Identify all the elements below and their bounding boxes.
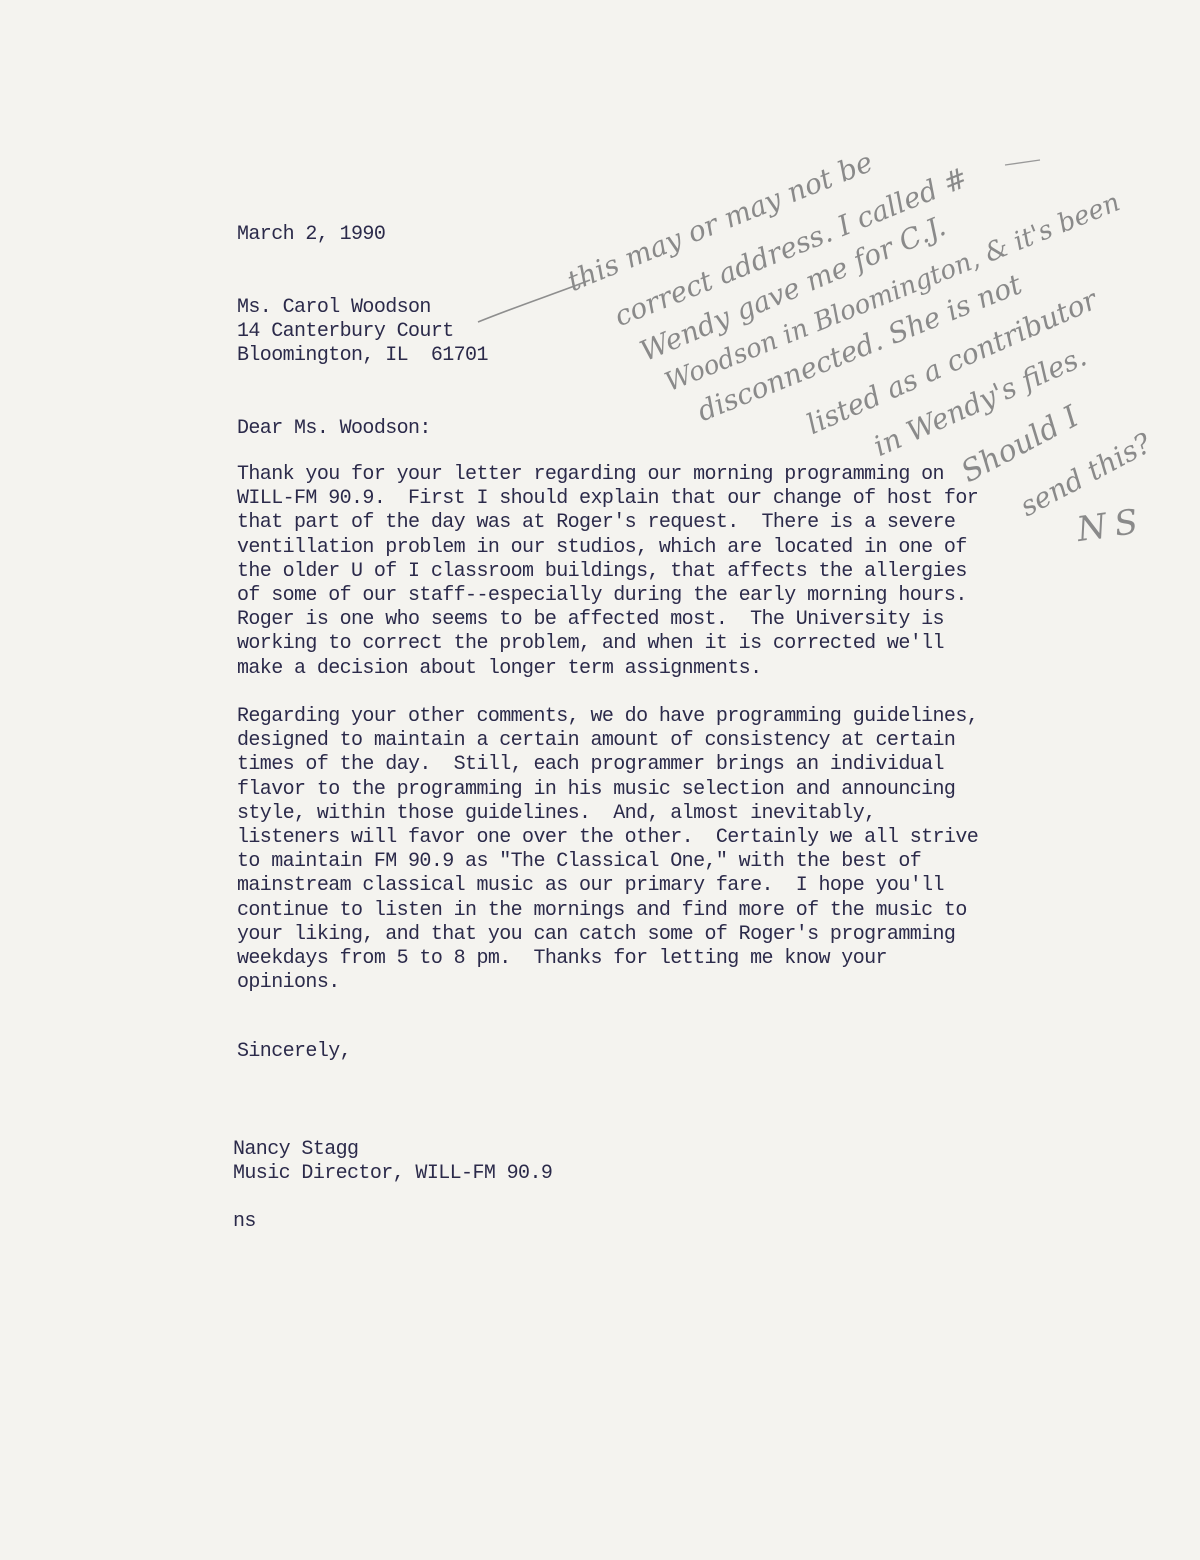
letter-page: March 2, 1990 Ms. Carol Woodson 14 Cante…	[0, 0, 1200, 1560]
